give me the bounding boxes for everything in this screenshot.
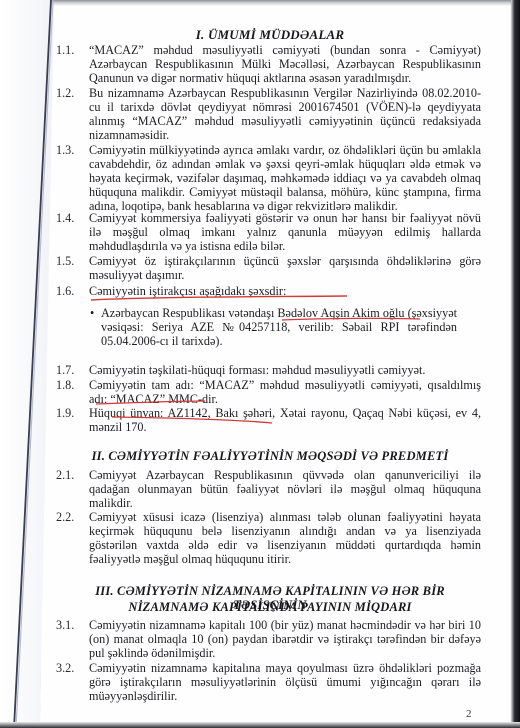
- clause-text: Cəmiyyət Azərbaycan Respublikasının qüvv…: [89, 468, 481, 510]
- bullet-icon: •: [90, 306, 94, 320]
- page-number: 2: [466, 707, 472, 721]
- clause-text: Cəmiyyət öz iştirakçılarının üçüncü şəxs…: [89, 254, 481, 282]
- clause-number: 1.7.: [56, 363, 86, 377]
- clause-number: 1.4.: [56, 211, 86, 225]
- clause-text: Cəmiyyət xüsusi icazə (lisenziya) alınma…: [89, 510, 481, 566]
- clause-number: 1.6.: [56, 284, 86, 298]
- clause-text: Cəmiyyətin tam adı: “MACAZ” məhdud məsul…: [89, 378, 481, 406]
- clause-text: Bu nizamnamə Azərbaycan Respublikasının …: [89, 86, 481, 142]
- clause-text: Cəmiyyətin iştirakçısı aşağıdakı şəxsdir…: [89, 284, 481, 298]
- clause-text: “MACAZ” məhdud məsuliyyətli cəmiyyəti (b…: [89, 43, 481, 85]
- clause-text: Cəmiyyətin nizamnamə kapitalı 100 (bir y…: [89, 618, 481, 660]
- section-1-heading: I. ÜMUMİ MÜDDƏALAR: [60, 28, 480, 42]
- clause-text: Hüquqi ünvan: AZ1142, Bakı şəhəri, Xətai…: [89, 406, 481, 434]
- section-2-heading: II. CƏMİYYƏTİN FƏALİYYƏTİNİN MƏQSƏDİ VƏ …: [60, 449, 480, 463]
- clause-number: 1.3.: [56, 143, 86, 157]
- clause-number: 3.1.: [56, 618, 86, 632]
- clause-text: Cəmiyyətin təşkilati-hüquqi forması: məh…: [89, 363, 481, 377]
- clause-number: 1.8.: [56, 378, 86, 392]
- clause-number: 1.9.: [56, 406, 86, 420]
- clause-text: Cəmiyyət kommersiya fəaliyyəti göstərir …: [89, 211, 481, 253]
- participant-text: Azərbaycan Respublikası vətəndaşı Bədəlo…: [101, 306, 457, 348]
- clause-number: 2.1.: [56, 468, 86, 482]
- clause-number: 1.2.: [56, 86, 86, 100]
- clause-number: 3.2.: [56, 661, 86, 675]
- clause-number: 2.2.: [56, 510, 86, 524]
- clause-text: Cəmiyyətin mülkiyyətində ayrıca əmlakı v…: [89, 143, 481, 213]
- clause-number: 1.5.: [56, 254, 86, 268]
- section-3-heading-line-2: NİZAMNAMƏ KAPİTALINDA PAYININ MİQDARI: [60, 600, 480, 614]
- document-content: I. ÜMUMİ MÜDDƏALAR 1.1. “MACAZ” məhdud m…: [0, 0, 520, 728]
- clause-text: Cəmiyyətin nizamnamə kapitalına maya qoy…: [89, 661, 481, 703]
- clause-number: 1.1.: [56, 43, 86, 57]
